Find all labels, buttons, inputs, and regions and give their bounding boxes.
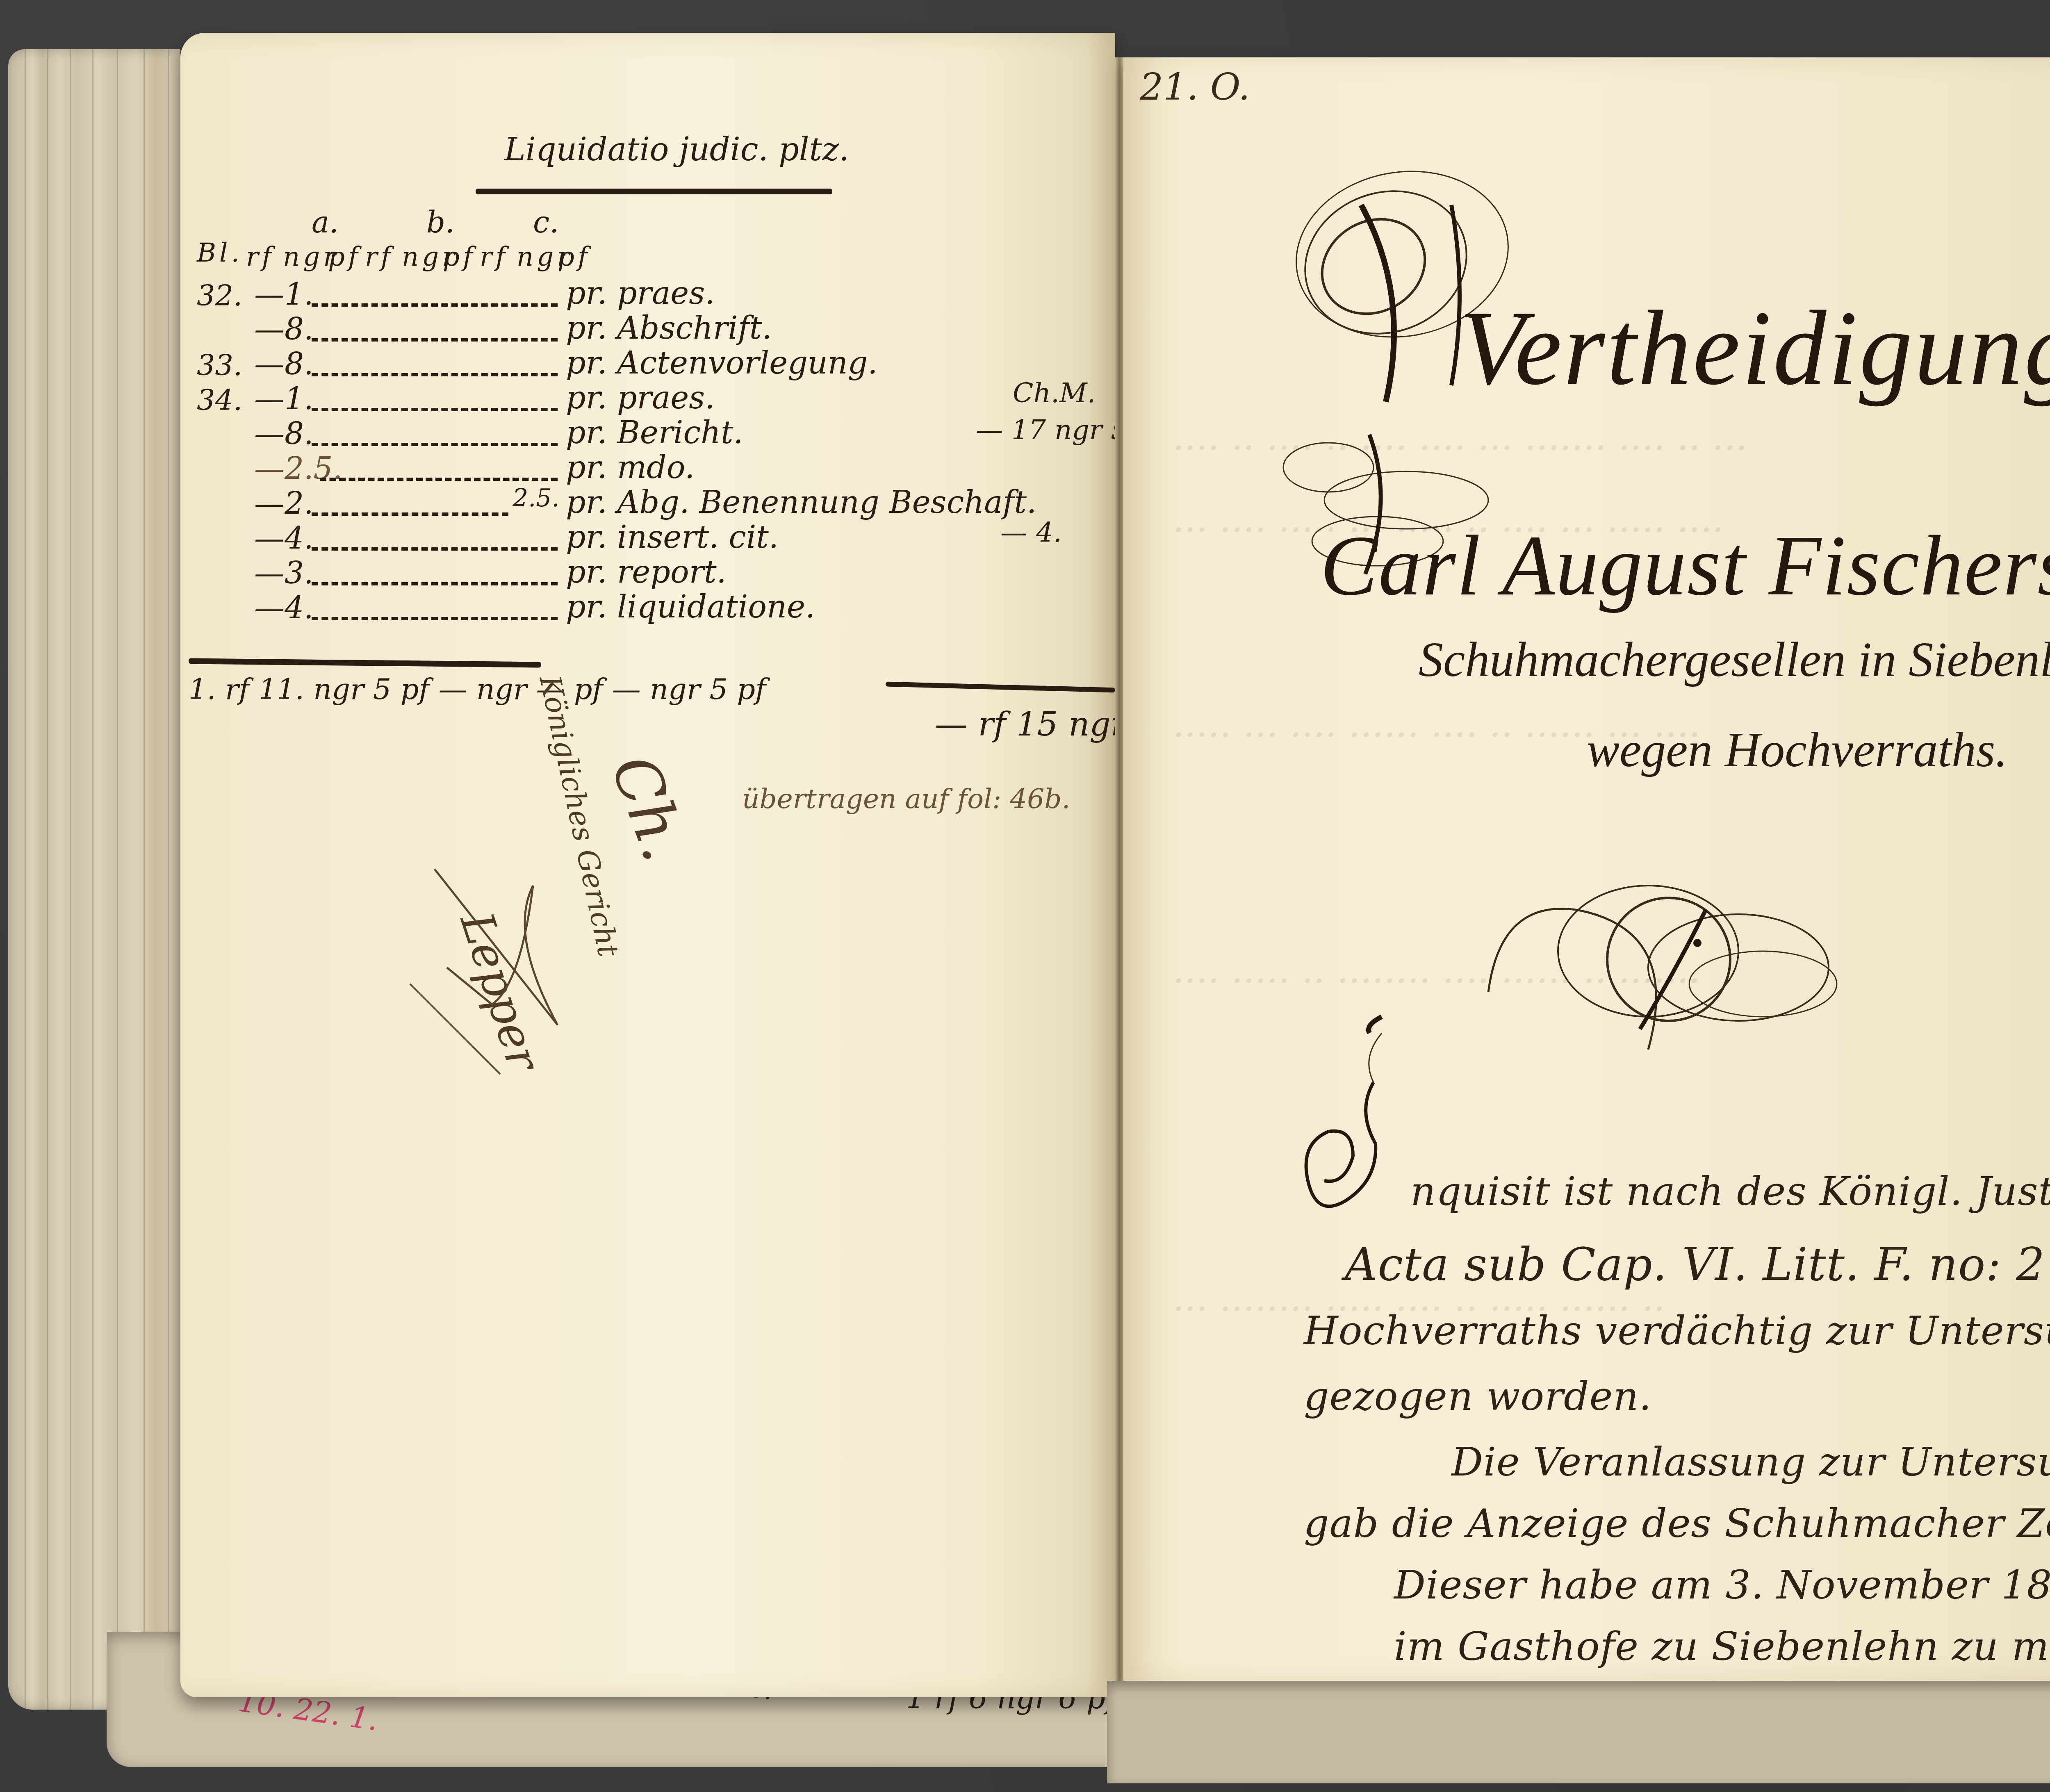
bottom-board-edge xyxy=(1107,1681,2050,1783)
signature-flourish-icon xyxy=(385,812,631,1181)
row-description: pr. praes. xyxy=(566,379,715,416)
dash-leader xyxy=(312,582,558,585)
row-description: pr. Abg. Benennung Beschaft. xyxy=(566,484,1036,520)
column-total: 1. rf 11. ngr 5 pf — ngr — pf — ngr 5 pf xyxy=(189,672,766,706)
unit-header: pf xyxy=(328,242,361,272)
row-description: pr. praes. xyxy=(566,275,715,311)
total-rule xyxy=(189,658,541,667)
ledger-title: Liquidatio judic. pltz. xyxy=(504,131,849,168)
body-line: Hochverraths verdächtig zur Untersuchung xyxy=(1304,1308,2050,1354)
body-line: Die Veranlassung zur Untersuchung xyxy=(1451,1439,2050,1485)
unit-header-bl: Bl. xyxy=(197,238,243,268)
row-description: pr. Abschrift. xyxy=(566,310,772,346)
row-amount: —4. xyxy=(254,590,314,626)
document-title: Vertheidigung xyxy=(1460,287,2050,410)
row-amount: —2. xyxy=(254,486,314,521)
row-amount: —8. xyxy=(254,346,314,382)
dash-leader xyxy=(312,303,558,307)
body-line: gezogen worden. xyxy=(1304,1373,1652,1419)
title-underline xyxy=(476,189,832,194)
body-line: im Gasthofe zu Siebenlehn zu m xyxy=(1394,1624,2049,1669)
left-page: Liquidatio judic. pltz. a. b. c. Bl. rf … xyxy=(180,33,1115,1697)
dash-leader xyxy=(312,408,558,411)
row-amount: —8. xyxy=(254,416,314,451)
book-spine xyxy=(1115,57,1123,1722)
dash-leader xyxy=(312,617,558,620)
column-group-a: a. xyxy=(312,205,339,239)
defendant-name: Carl August Fischers xyxy=(1320,517,2050,615)
row-description: pr. mdo. xyxy=(566,449,695,485)
row-description: pr. liquidatione. xyxy=(566,588,815,625)
dash-leader xyxy=(312,338,558,342)
side-amount-label: Ch.M. xyxy=(1013,377,1096,409)
dash-leader xyxy=(312,547,558,551)
ornament-flourish-icon xyxy=(1476,836,1845,1041)
cross-reference-note: übertragen auf fol: 46b. xyxy=(742,783,1071,815)
row-amount: —4. xyxy=(254,521,314,556)
row-amount: —1. xyxy=(254,381,314,417)
column-group-b: b. xyxy=(426,205,455,239)
body-line: Acta sub Cap. VI. Litt. F. no: 277. wege… xyxy=(1345,1238,2050,1291)
row-amount: —1. xyxy=(254,277,314,312)
folio-reference: 21. O. xyxy=(1140,66,1250,109)
row-amount: —8. xyxy=(254,312,314,347)
row-extra-amount: 2.5. xyxy=(512,484,560,512)
right-page: 21. O. 36 ···· ·· ···· ·· ···· ···· ··· … xyxy=(1123,57,2050,1681)
unit-header: rf xyxy=(365,242,394,272)
body-line: gab die Anzeige des Schuhmacher Zeit. xyxy=(1304,1501,2050,1546)
row-amount: —2.5. xyxy=(254,451,342,486)
grand-total-rule xyxy=(886,682,1115,693)
row-description: pr. insert. cit. xyxy=(566,519,779,555)
row-description: pr. Actenvorlegung. xyxy=(566,344,878,381)
body-line: nquisit ist nach des Königl. Justizamts xyxy=(1410,1168,2050,1214)
body-line: Dieser habe am 3. November 1851. xyxy=(1394,1562,2050,1608)
side-amount: — 4. xyxy=(1000,517,1062,548)
row-amount: —3. xyxy=(254,556,314,591)
dash-leader xyxy=(312,443,558,446)
unit-header: rf xyxy=(246,242,275,272)
column-group-c: c. xyxy=(533,205,559,239)
unit-header: rf xyxy=(480,242,508,272)
page-stack-edges xyxy=(8,49,180,1710)
charge-line: wegen Hochverraths. xyxy=(1587,722,2007,778)
unit-header: pf xyxy=(558,242,591,272)
row-description: pr. report. xyxy=(566,553,727,590)
row-description: pr. Bericht. xyxy=(566,414,743,451)
defendant-occupation: Schuhmachergesellen in Siebenlehn, xyxy=(1419,631,2050,688)
dash-leader xyxy=(312,512,508,516)
dash-leader xyxy=(320,478,558,481)
dash-leader xyxy=(312,373,558,376)
unit-header: pf xyxy=(443,242,476,272)
